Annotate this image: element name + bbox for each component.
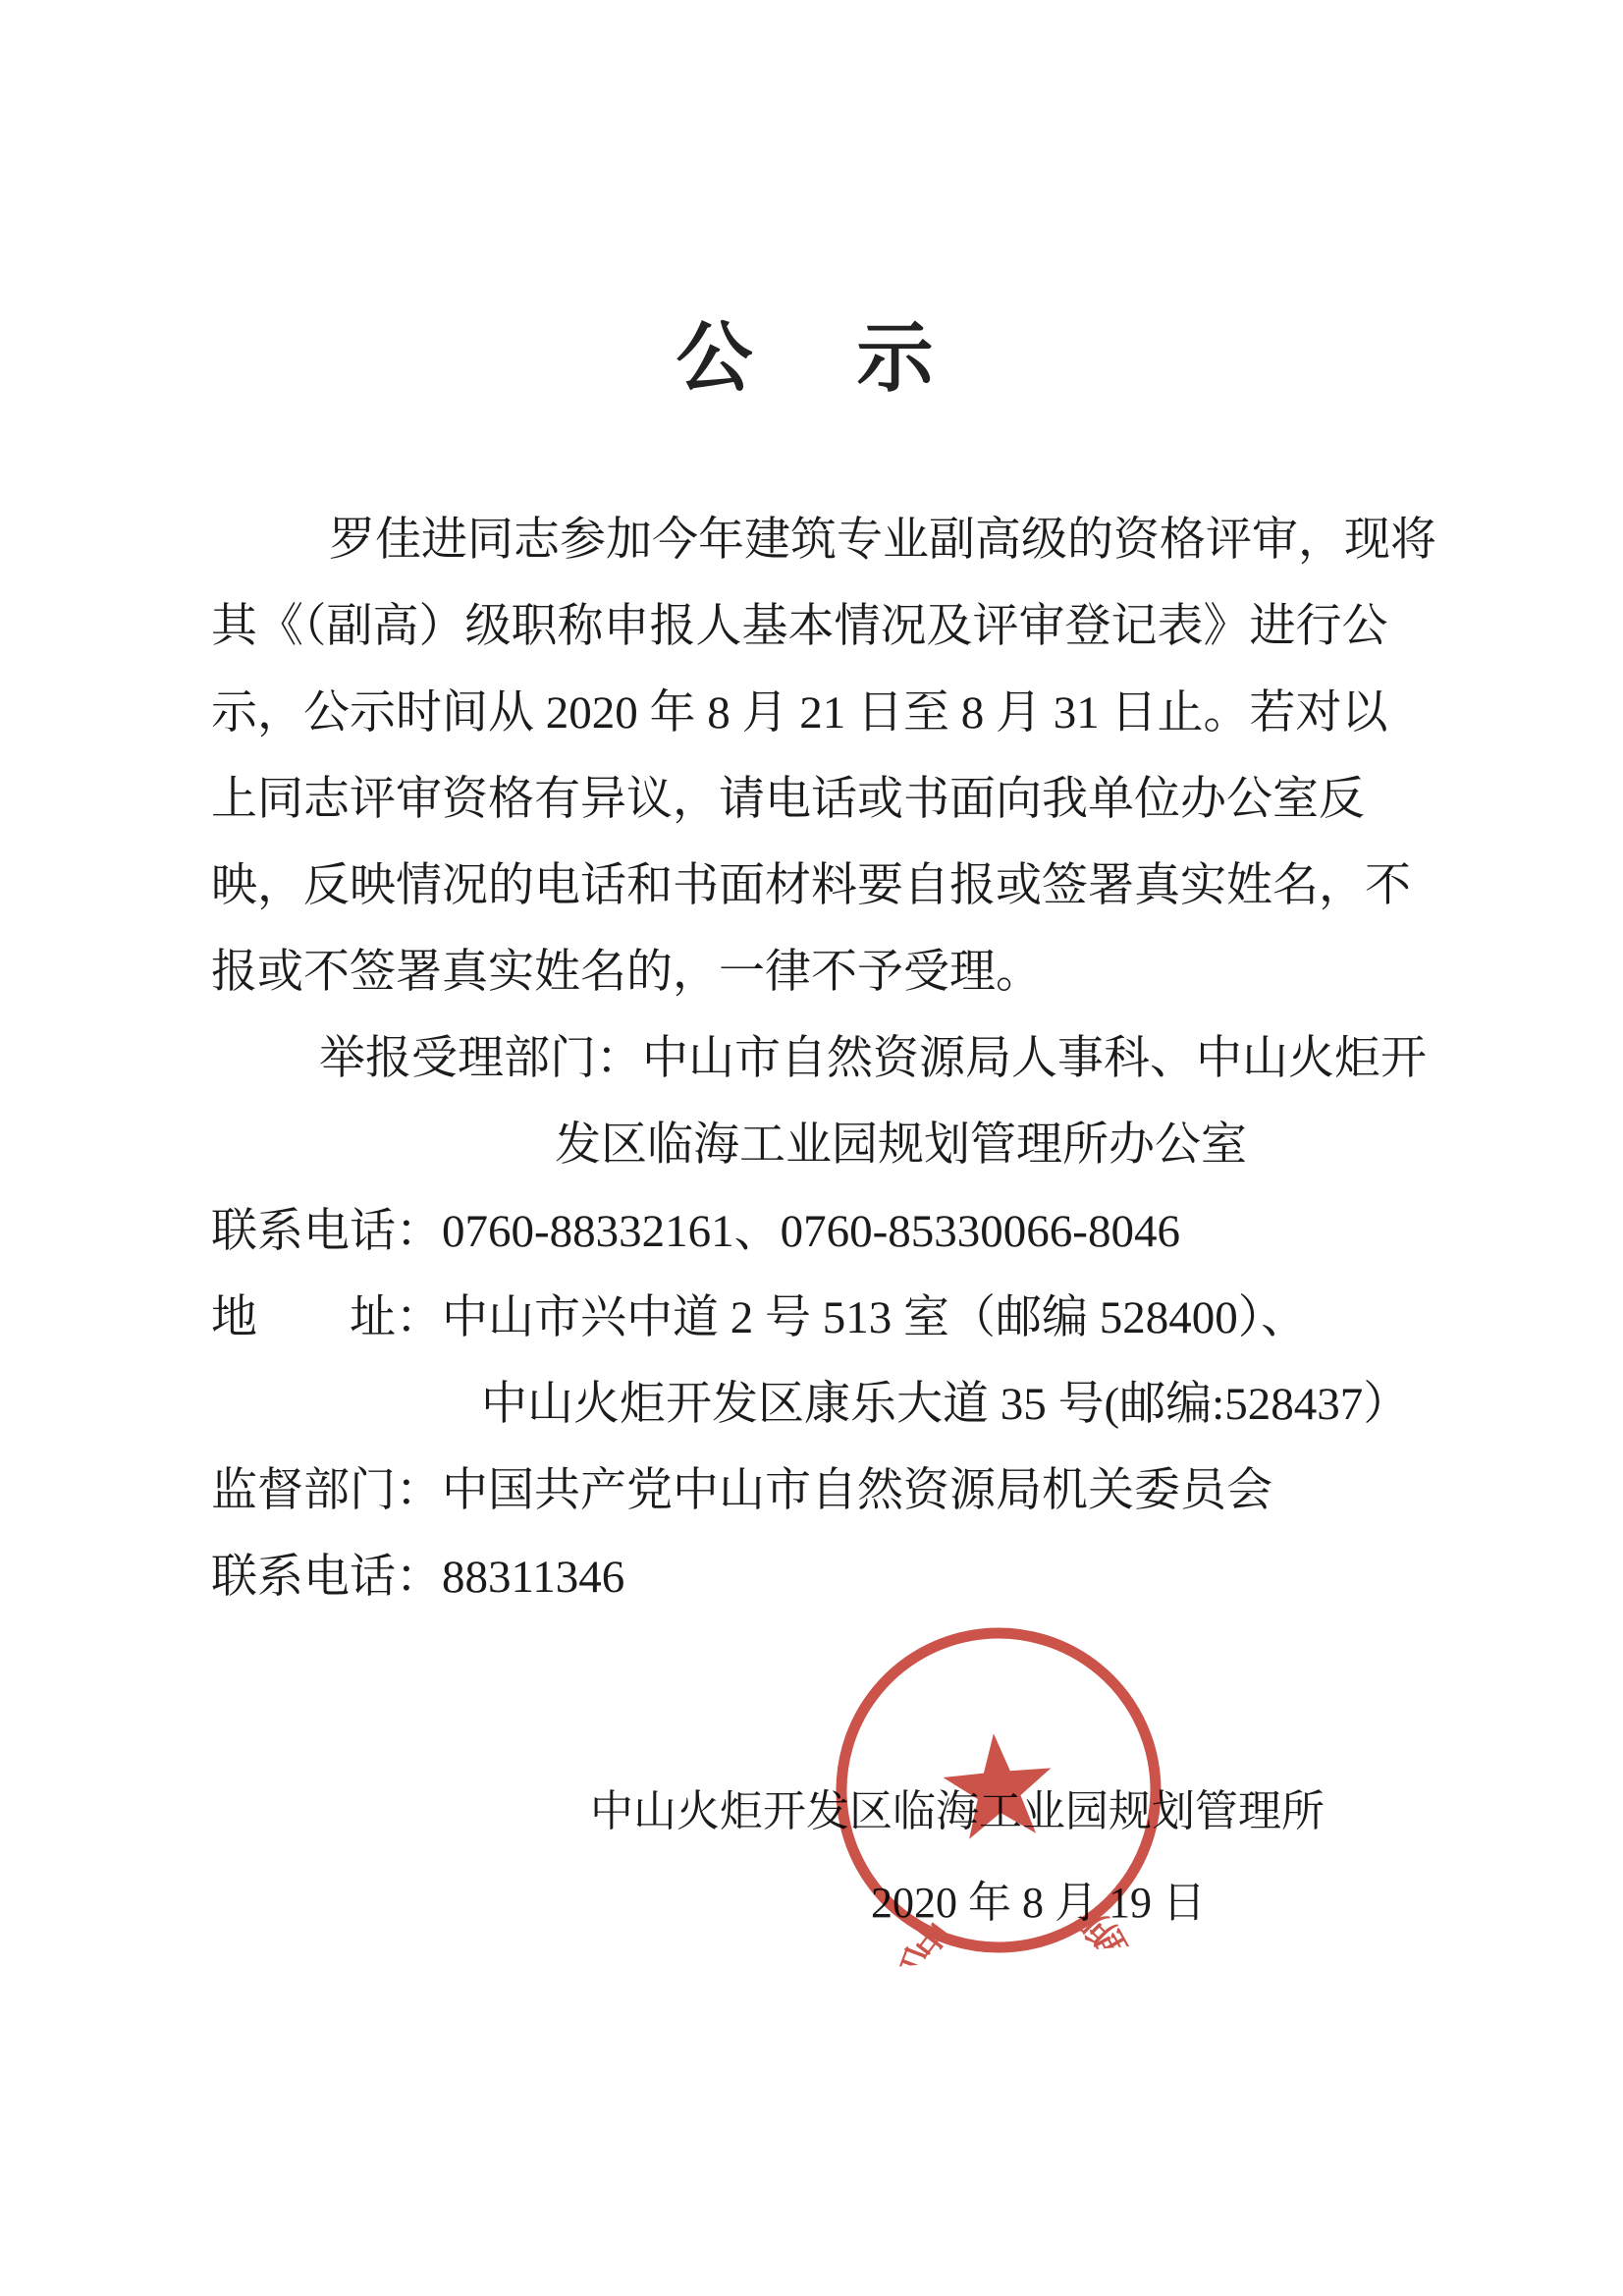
notice-line: 罗佳进同志参加今年建筑专业副高级的资格评审，现将 [211, 497, 1448, 583]
notice-line: 映，反映情况的电话和书面材料要自报或签署真实姓名，不 [211, 843, 1448, 929]
notice-line-report-dept-cont: 发区临海工业园规划管理所办公室 [211, 1102, 1448, 1188]
notice-line-supervision-phone: 联系电话：88311346 [211, 1534, 1448, 1620]
signature-date: 2020 年 8 月 19 日 [871, 1879, 1206, 1928]
notice-line: 报或不签署真实姓名的，一律不予受理。 [211, 929, 1448, 1015]
document-body: 罗佳进同志参加今年建筑专业副高级的资格评审，现将 其《（副高）级职称申报人基本情… [211, 497, 1448, 1620]
notice-line-report-dept: 举报受理部门：中山市自然资源局人事科、中山火炬开 [211, 1015, 1448, 1102]
notice-line: 上同志评审资格有异议，请电话或书面向我单位办公室反 [211, 756, 1448, 843]
signature-org: 中山火炬开发区临海工业园规划管理所 [590, 1787, 1325, 1836]
notice-line: 其《（副高）级职称申报人基本情况及评审登记表》进行公 [211, 583, 1448, 670]
notice-line-address: 地 址：中山市兴中道 2 号 513 室（邮编 528400）、 [211, 1275, 1448, 1361]
notice-line-address-cont: 中山火炬开发区康乐大道 35 号(邮编:528437） [211, 1361, 1448, 1448]
notice-line-contact-phone: 联系电话：0760-88332161、0760-85330066-8046 [211, 1188, 1448, 1275]
notice-line: 示，公示时间从 2020 年 8 月 21 日至 8 月 31 日止。若对以 [211, 670, 1448, 756]
notice-document: 公 示 罗佳进同志参加今年建筑专业副高级的资格评审，现将 其《（副高）级职称申报… [0, 0, 1623, 2296]
notice-line-supervision-dept: 监督部门：中国共产党中山市自然资源局机关委员会 [211, 1448, 1448, 1534]
document-title: 公 示 [0, 297, 1623, 407]
